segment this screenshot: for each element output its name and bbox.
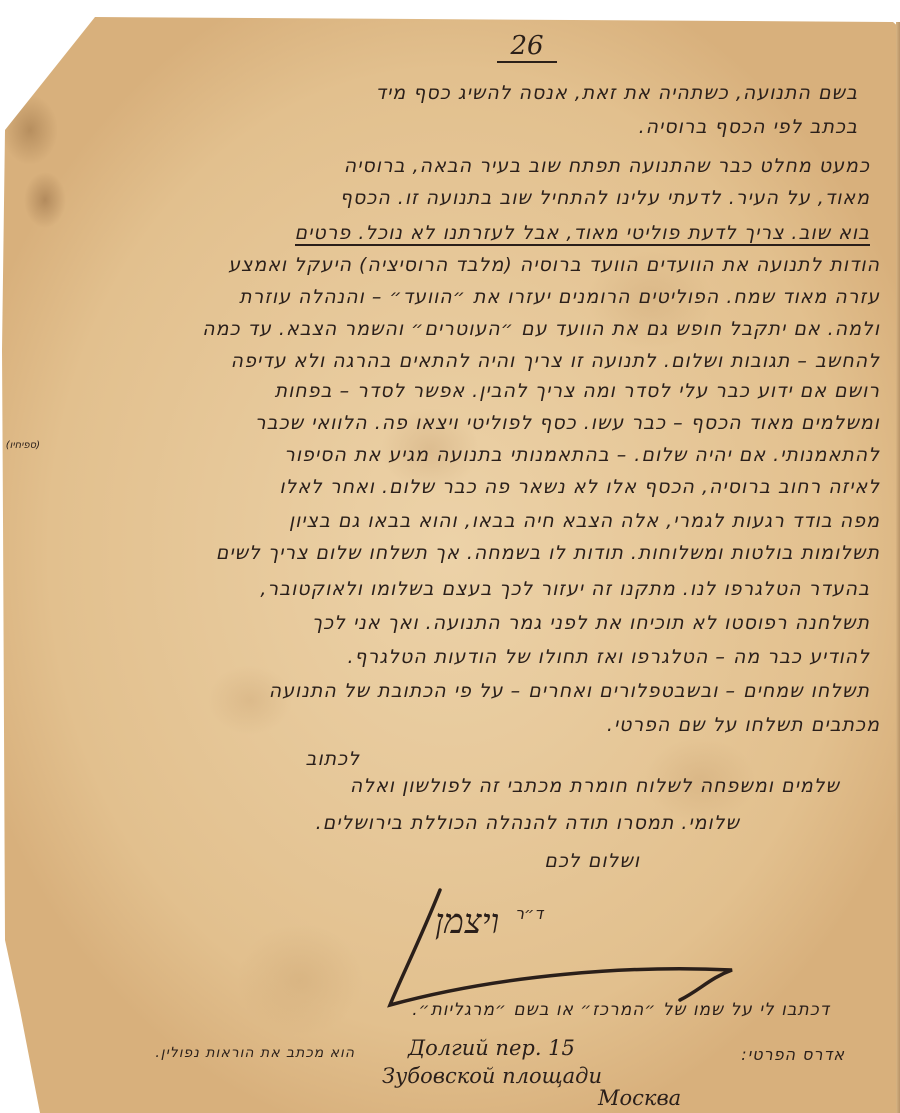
address-city: Москва xyxy=(598,1086,681,1110)
body-line: כמעט מחלט כבר שהתנועה תפתח שוב בעיר הבאה… xyxy=(344,155,870,177)
body-line: ומשלמים מאוד הכסף – כבר עשו. כסף לפוליטי… xyxy=(255,412,880,434)
page-number: 26 xyxy=(497,33,557,63)
body-line: לכתוב xyxy=(306,748,361,770)
address-street: Долгий пер. 15 xyxy=(408,1036,575,1060)
signature-flourish-icon xyxy=(380,880,760,1020)
postscript: דכתבו לי על שמו של ״המרכז״ או בשם ״מרגלי… xyxy=(412,1000,830,1020)
body-line: שלמים ומשפחה לשלוח חומרת מכתבי זה לפולשו… xyxy=(350,775,840,797)
signature: ד״ר ויצמן xyxy=(380,880,760,1020)
body-line: לאיזה רחוב ברוסיה, הכסף אלו לא נשאר פה כ… xyxy=(279,476,880,498)
body-line: בכתב לפי הכסף ברוסיה. xyxy=(639,116,858,138)
body-line: להודיע כבר מה – הטלגרפו ואז תחולו של הוד… xyxy=(347,646,870,668)
body-line: בשם התנועה, כשתהיה את זאת, אנסה להשיג כס… xyxy=(376,82,858,104)
margin-note: (ספיחיו) xyxy=(6,440,40,451)
address-square: Зубовской площади xyxy=(382,1064,602,1088)
body-line: רושם אם ידוע כבר עלי לסדר ומה צריך להבין… xyxy=(275,380,880,402)
body-line: עזרה מאוד שמח. הפוליטים הרומנים יעזרו את… xyxy=(239,286,880,308)
private-address-label: אדרס הפרטי: xyxy=(741,1045,845,1064)
body-line: ולמה. אם יתקבל חופש גם את הוועד עם ״העוט… xyxy=(202,318,880,340)
body-line: שלומי. תמסרו תודה להנהלה הכוללת בירושלים… xyxy=(316,812,740,834)
body-line: מאוד, על העיר. לדעתי עלינו להתחיל שוב בת… xyxy=(340,187,870,209)
body-line: להחשב – תגובות ושלום. לתנועה זו צריך והי… xyxy=(231,350,880,372)
body-line: מכתבים תשלחו על שם הפרטי. xyxy=(607,714,880,736)
body-line: מפה בודד רגעות לגמרי, אלה הצבא חיה בבאו,… xyxy=(289,510,880,532)
body-line: בהעדר הטלגרפו לנו. מתקנו זה יעזור לכך בע… xyxy=(260,578,870,600)
body-line: בוא שוב. צריך לדעת פוליטי מאוד, אבל לעזר… xyxy=(295,222,870,246)
paper-edge xyxy=(896,22,900,1113)
body-line: הודות לתנועה את הוועדים הוועד ברוסיה (מל… xyxy=(228,254,880,276)
body-line: תשלחנה רפוסטו לא תוכיחו את לפני גמר התנו… xyxy=(312,612,870,634)
body-line: להתאמנותי. אם יהיה שלום. – בהתאמנותי בתנ… xyxy=(284,444,880,466)
private-address-note: הוא מכתב את הוראות נפולין. xyxy=(155,1045,355,1061)
body-line: תשלחו שמחים – ובשבטפלורים ואחרים – על פי… xyxy=(269,680,870,702)
closing-line: ושלום לכם xyxy=(544,850,640,872)
body-line: תשלומות בולטות ומשלוחות. תודות לו בשמחה.… xyxy=(216,542,880,564)
